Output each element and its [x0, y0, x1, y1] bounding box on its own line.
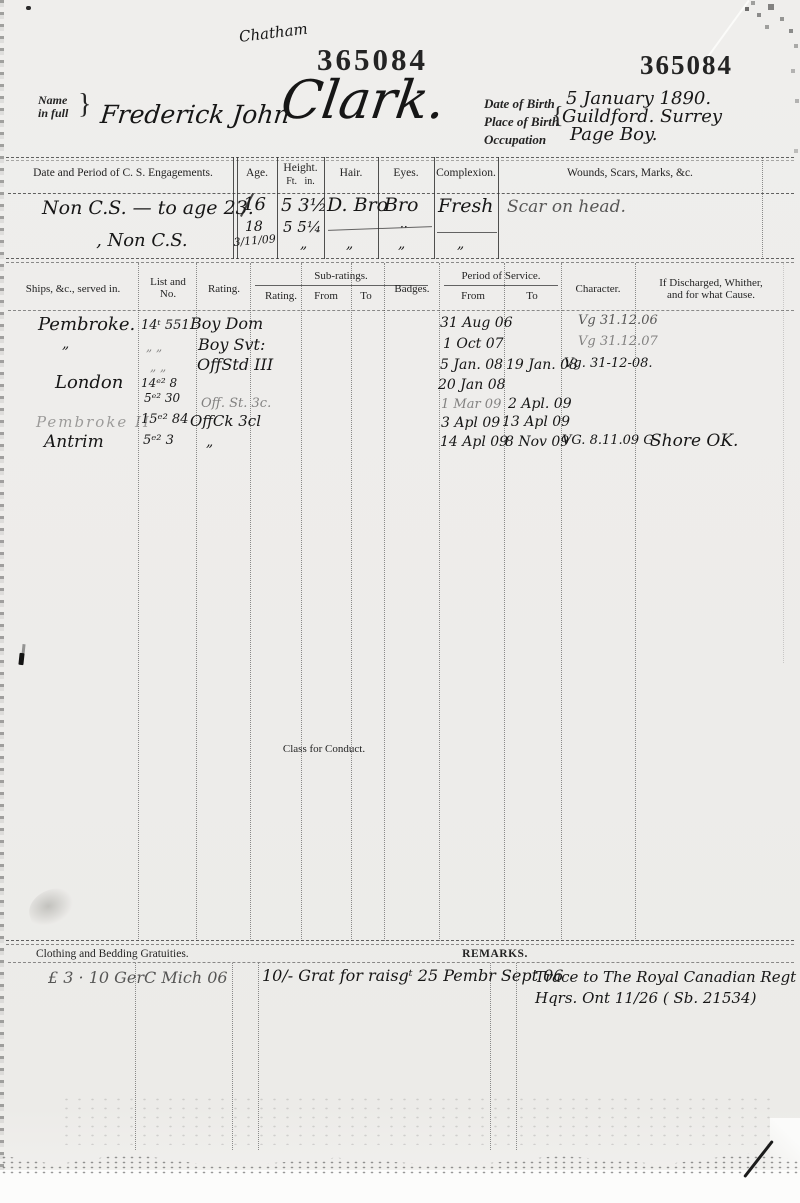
t2-header-period: Period of Service.: [441, 270, 561, 282]
vline-b-4: [490, 963, 491, 1150]
t1-row2-hair-ditto: „: [346, 236, 353, 252]
t2-row3-from: 5 Jan. 08: [440, 357, 503, 373]
t2-header-subratings: Sub-ratings.: [252, 270, 430, 282]
t2-row1-ship: Pembroke.: [38, 314, 135, 335]
scan-noise-bottom-sparse: [60, 1095, 780, 1145]
name-surname-value: Clark.: [277, 70, 449, 131]
t1-row1-eyes: Bro: [384, 194, 418, 216]
occupation-label: Occupation: [484, 132, 546, 148]
t1-header-age: Age.: [237, 167, 277, 179]
t2-row1-character: Vg 31.12.06: [578, 313, 658, 328]
t2-header-list-line2: No.: [140, 288, 196, 300]
scan-noise-top-right: [0, 0, 2, 2]
t2-header-discharged: If Discharged, Whither, and for what Cau…: [637, 277, 785, 301]
service-number-stamp-right: 365084: [640, 50, 733, 81]
name-brace: }: [78, 89, 91, 121]
vline-t2-1: [138, 263, 139, 941]
rule-bottom-top2: [6, 944, 794, 945]
t1-row2-eyes-dots: ··: [400, 220, 408, 234]
occupation-value: Page Boy.: [570, 124, 658, 145]
t2-header-list: List and No.: [140, 276, 196, 300]
scan-edge-left: [0, 0, 4, 1203]
gratuity-entry-1: £ 3 · 10 GerC Mich 06: [48, 968, 228, 987]
t1-row1-period: Non C.S. — to age 23.: [42, 197, 254, 219]
rule-table1-top2: [6, 160, 794, 161]
remarks-entry-line1: Trace to The Royal Canadian Regt: [535, 968, 796, 986]
t2-row7-discharged: Shore OK.: [650, 431, 738, 451]
t2-header-badges: Badges.: [386, 283, 438, 295]
t2-header-character: Character.: [563, 283, 633, 295]
vline-b-5: [516, 963, 517, 1150]
t2-row2-from: 1 Oct 07: [443, 336, 504, 352]
t1-row2-age-date: 3/11/09: [233, 232, 276, 249]
dob-label: Date of Birth: [484, 96, 555, 112]
t1-row2-complexion-ditto: „: [457, 236, 464, 252]
t2-header-discharged-line2: and for what Cause.: [637, 289, 785, 301]
t1-header-wounds: Wounds, Scars, Marks, &c.: [498, 167, 762, 179]
t1-header-complexion: Complexion.: [434, 167, 498, 179]
vline-b-3: [258, 963, 259, 1150]
t2-row3-rating: OffStd III: [197, 355, 273, 374]
t2-row6-ship: Pembroke II: [36, 413, 151, 431]
t2-row6-from: 3 Apl 09: [441, 415, 500, 431]
vline-t2-6: [384, 263, 385, 941]
scan-mark-left-middle: [18, 653, 24, 665]
t1-row1-complexion-underline: [437, 232, 497, 233]
scan-noise-bottom-edge: [0, 1140, 800, 1174]
t1-row1-hair: D. Bro: [327, 194, 388, 216]
scan-white-bottom: [0, 1170, 800, 1203]
t2-header-ships: Ships, &c., served in.: [8, 283, 138, 295]
t2-row1-rating: Boy Dom: [190, 314, 263, 333]
t2-header-period-to: To: [505, 290, 559, 302]
t2-row1-list: 14ᵗ 551: [141, 318, 190, 333]
service-record-document: Chatham 365084 365084 Name in full } Fre…: [0, 0, 800, 1203]
t1-row1-wounds: Scar on head.: [507, 197, 626, 217]
t1-header-eyes: Eyes.: [378, 167, 434, 179]
t2-row2-rating: Boy Svt:: [198, 335, 265, 354]
depot-annotation: Chatham: [238, 20, 309, 46]
t2-row5-to: 2 Apl. 09: [508, 396, 572, 412]
t2-row5-list: 5ᵉ² 30: [144, 391, 180, 405]
t2-row7-to: 8 Nov 09: [505, 434, 569, 450]
t1-header-hair: Hair.: [324, 167, 378, 179]
t2-header-sub-to: To: [350, 290, 382, 302]
t2-header-discharged-line1: If Discharged, Whither,: [637, 277, 785, 289]
clothing-gratuities-header: Clothing and Bedding Gratuities.: [36, 948, 189, 960]
t2-row7-list: 5ᵉ² 3: [143, 433, 174, 448]
t2-row6-list: 15ᵉ² 84: [141, 412, 188, 427]
t2-row2-list: „ „: [146, 340, 162, 354]
t1-row1-complexion: Fresh: [438, 195, 494, 217]
vline-t2-5: [351, 263, 352, 941]
t1-row2-height: 5 5¼: [283, 218, 321, 236]
t2-header-sub-from: From: [303, 290, 349, 302]
t2-row5-rating: Off. St. 3c.: [201, 396, 271, 411]
t1-row1-height: 5 3½: [281, 195, 327, 216]
t2-row4-list: 14ᵉ² 8: [141, 376, 177, 390]
rule-t2-header-bottom: [8, 310, 794, 311]
t1-row1-hair-underline: [328, 226, 432, 231]
vline-t2-4: [301, 263, 302, 941]
rule-table1-bottom: [6, 258, 794, 259]
t2-header-list-line1: List and: [140, 276, 196, 288]
vline-t1-right: [762, 157, 763, 259]
t2-row6-to: 13 Apl 09: [502, 414, 570, 430]
vline-t2-8: [504, 263, 505, 941]
t2-row7-from: 14 Apl 09: [440, 434, 508, 450]
t2-header-rating: Rating.: [198, 283, 250, 295]
t2-header-period-from: From: [443, 290, 503, 302]
vline-b-2: [232, 963, 233, 1150]
gratuity-entry-2: 10/- Grat for raisgᵗ 25 Pembr Sept 06: [262, 966, 563, 985]
rule-bottom-header-bottom: [8, 962, 794, 963]
t2-row4-ship: London: [55, 372, 123, 393]
t2-row4-from: 20 Jan 08: [438, 377, 506, 393]
remarks-entry-line2: Hqrs. Ont 11/26 ( Sb. 21534): [535, 989, 756, 1007]
t1-header-period: Date and Period of C. S. Engagements.: [15, 167, 231, 179]
t1-row2-period: ‚ Non C.S.: [96, 230, 188, 251]
rule-table1-bottom2: [6, 262, 794, 263]
rule-period: [444, 285, 558, 286]
t1-row2-eyes-ditto: „: [398, 236, 405, 252]
t2-row7-rating-ditto: „: [206, 434, 213, 450]
t2-header-sub-rating: Rating.: [252, 290, 310, 302]
vline-t2-right: [783, 263, 784, 663]
t2-row1-from: 31 Aug 06: [440, 315, 513, 331]
watermark-leaf: [24, 884, 78, 931]
name-label-line2: in full: [38, 107, 68, 120]
name-first-value: Frederick John: [99, 100, 291, 129]
t2-row5-from: 1 Mar 09: [441, 397, 501, 412]
t2-row3-character: Vg. 31-12-08.: [564, 356, 653, 371]
t1-header-height-units: Ft. in.: [277, 176, 324, 187]
t2-row3-list: „ „: [150, 360, 166, 374]
scan-mark-top-left: [26, 6, 31, 10]
name-label: Name in full: [38, 94, 68, 120]
t1-row2-height-ditto: „: [300, 236, 307, 252]
t2-row7-character: VG. 8.11.09 G: [562, 433, 654, 448]
t2-row6-rating: OffCk 3cl: [190, 412, 261, 430]
t2-row2-character: Vg 31.12.07: [578, 334, 658, 349]
rule-bottom-top: [6, 940, 794, 941]
t2-row7-ship: Antrim: [44, 432, 104, 452]
pob-label: Place of Birth: [484, 114, 559, 130]
remarks-header: REMARKS.: [440, 948, 550, 960]
class-for-conduct-label: Class for Conduct.: [258, 743, 390, 755]
t2-row2-ship-ditto: „: [62, 336, 69, 352]
rule-table1-top: [6, 157, 794, 158]
vline-b-1: [135, 963, 136, 1150]
t1-header-height: Height.: [277, 162, 324, 174]
